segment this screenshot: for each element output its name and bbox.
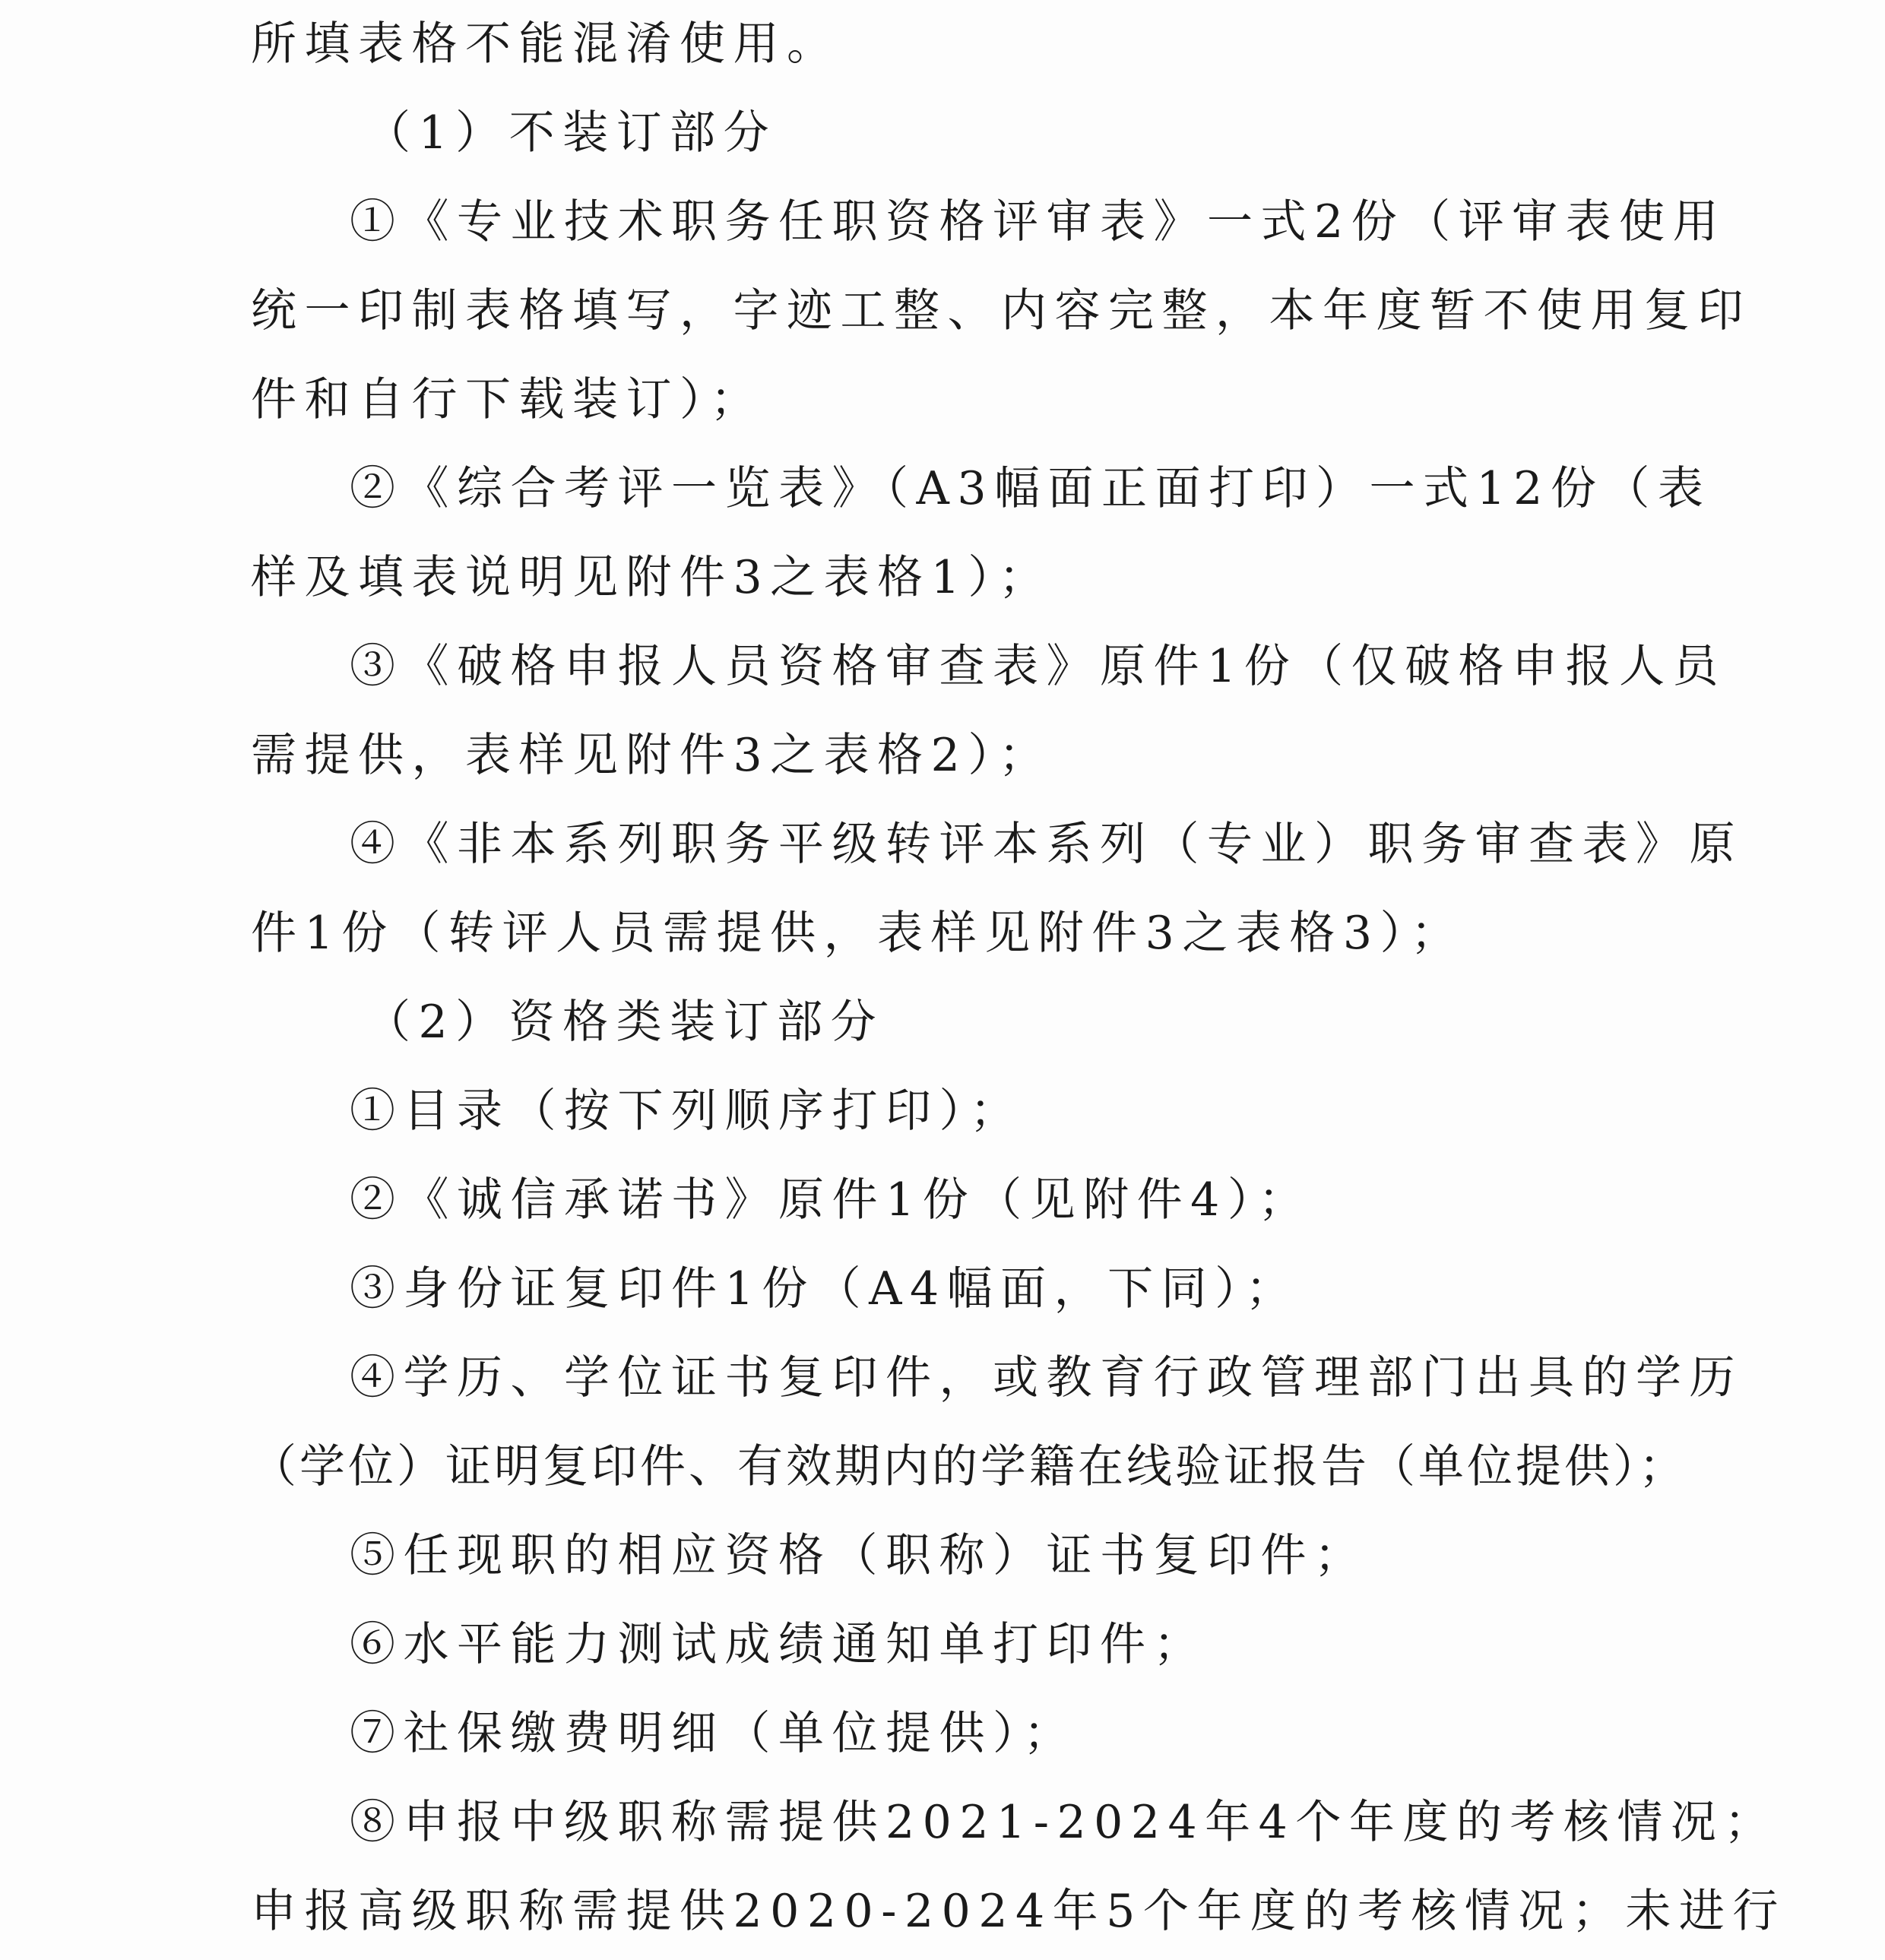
- text-line: 所填表格不能混淆使用。: [251, 0, 841, 89]
- section-heading-bound: （2）资格类装订部分: [365, 978, 884, 1067]
- list-item-1: ①《专业技术职务任职资格评审表》一式2份（评审表使用: [350, 178, 1726, 267]
- text-line: 需提供，表样见附件3之表格2）；: [251, 711, 1052, 800]
- document-page: 所填表格不能混淆使用。 （1）不装订部分 ①《专业技术职务任职资格评审表》一式2…: [0, 0, 1885, 1960]
- list-item-3: ③身份证复印件1份（A4幅面，下同）；: [350, 1245, 1299, 1334]
- list-item-7: ⑦社保缴费明细（单位提供）；: [350, 1689, 1077, 1778]
- text-line: 统一印制表格填写，字迹工整、内容完整，本年度暂不使用复印: [251, 267, 1751, 356]
- list-item-5: ⑤任现职的相应资格（职称）证书复印件；: [350, 1512, 1368, 1601]
- list-item-2: ②《诚信承诺书》原件1份（见附件4）；: [350, 1156, 1312, 1245]
- section-heading-unbound: （1）不装订部分: [365, 89, 777, 178]
- text-line: 申报高级职称需提供2020-2024年5个年度的考核情况；未进行: [251, 1867, 1786, 1956]
- text-line: （学位）证明复印件、有效期内的学籍在线验证报告（单位提供）；: [251, 1423, 1687, 1512]
- list-item-2: ②《综合考评一览表》（A3幅面正面打印）一式12份（表: [350, 445, 1711, 534]
- list-item-4: ④学历、学位证书复印件，或教育行政管理部门出具的学历: [350, 1334, 1743, 1423]
- list-item-1: ①目录（按下列顺序打印）；: [350, 1067, 1024, 1156]
- text-line: 件和自行下载装订）；: [251, 356, 764, 445]
- text-line: 样及填表说明见附件3之表格1）；: [251, 534, 1052, 622]
- list-item-4: ④《非本系列职务平级转评本系列（专业）职务审查表》原: [350, 800, 1743, 889]
- text-line: 件1份（转评人员需提供，表样见附件3之表格3）；: [251, 889, 1465, 978]
- list-item-6: ⑥水平能力测试成绩通知单打印件；: [350, 1601, 1207, 1689]
- list-item-8: ⑧申报中级职称需提供2021-2024年4个年度的考核情况；: [350, 1778, 1778, 1867]
- list-item-3: ③《破格申报人员资格审查表》原件1份（仅破格申报人员: [350, 622, 1726, 711]
